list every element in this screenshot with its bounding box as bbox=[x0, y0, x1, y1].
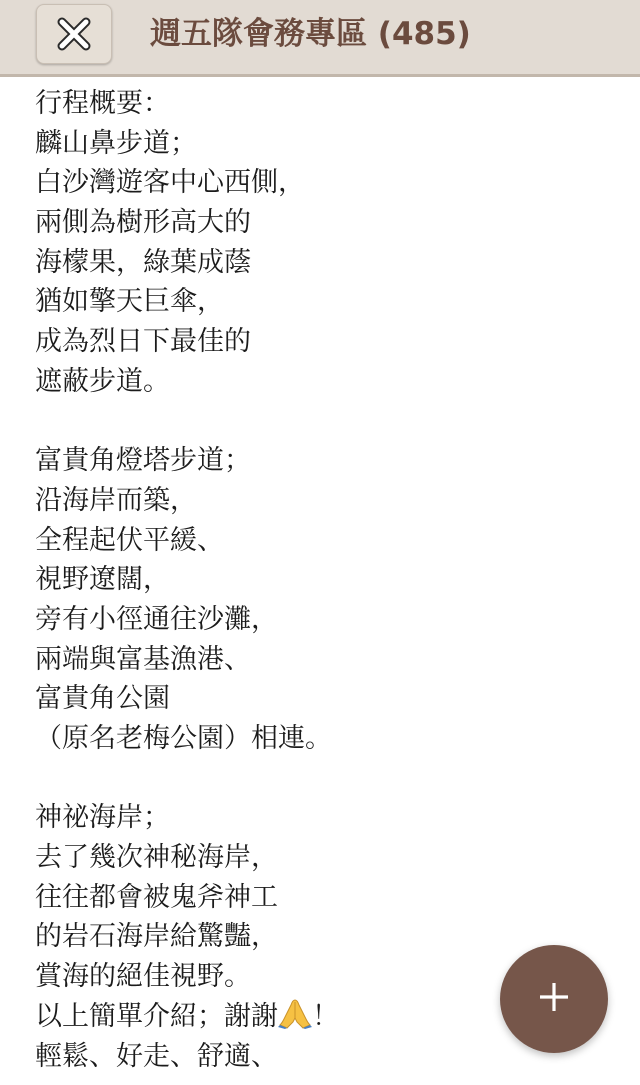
text-line: 往往都會被鬼斧神工 bbox=[35, 878, 640, 918]
thanks-text: 以上簡單介紹；謝謝 bbox=[35, 1001, 278, 1032]
plus-icon bbox=[537, 980, 571, 1018]
close-button[interactable] bbox=[36, 4, 112, 64]
text-line: 兩端與富基漁港、 bbox=[35, 640, 640, 680]
blank-line bbox=[35, 402, 640, 442]
add-post-fab-button[interactable] bbox=[500, 945, 608, 1053]
text-line: 兩側為樹形高大的 bbox=[35, 203, 640, 243]
thanks-suffix: ！ bbox=[312, 1001, 339, 1032]
text-line: 遮蔽步道。 bbox=[35, 362, 640, 402]
blank-line bbox=[35, 759, 640, 799]
text-line: 成為烈日下最佳的 bbox=[35, 322, 640, 362]
text-line: 行程概要： bbox=[35, 84, 640, 124]
page-title: 週五隊會務專區 (485) bbox=[150, 12, 471, 56]
text-line: 猶如擎天巨傘， bbox=[35, 282, 640, 322]
folded-hands-emoji-icon bbox=[278, 997, 312, 1041]
text-line: 麟山鼻步道； bbox=[35, 124, 640, 164]
text-line: 沿海岸而築， bbox=[35, 481, 640, 521]
post-content: 行程概要： 麟山鼻步道； 白沙灣遊客中心西側， 兩側為樹形高大的 海檬果，綠葉成… bbox=[35, 84, 640, 1076]
text-line: 富貴角公園 bbox=[35, 679, 640, 719]
app-header: 週五隊會務專區 (485) bbox=[0, 0, 640, 77]
close-icon bbox=[54, 14, 94, 54]
text-line: 富貴角燈塔步道； bbox=[35, 441, 640, 481]
text-line: 視野遼闊， bbox=[35, 560, 640, 600]
text-line: 白沙灣遊客中心西側， bbox=[35, 163, 640, 203]
text-line: 全程起伏平緩、 bbox=[35, 521, 640, 561]
text-line: 旁有小徑通往沙灘， bbox=[35, 600, 640, 640]
text-line: 海檬果，綠葉成蔭 bbox=[35, 243, 640, 283]
text-line: 神祕海岸； bbox=[35, 798, 640, 838]
text-line: （原名老梅公園）相連。 bbox=[35, 719, 640, 759]
text-line: 去了幾次神秘海岸， bbox=[35, 838, 640, 878]
